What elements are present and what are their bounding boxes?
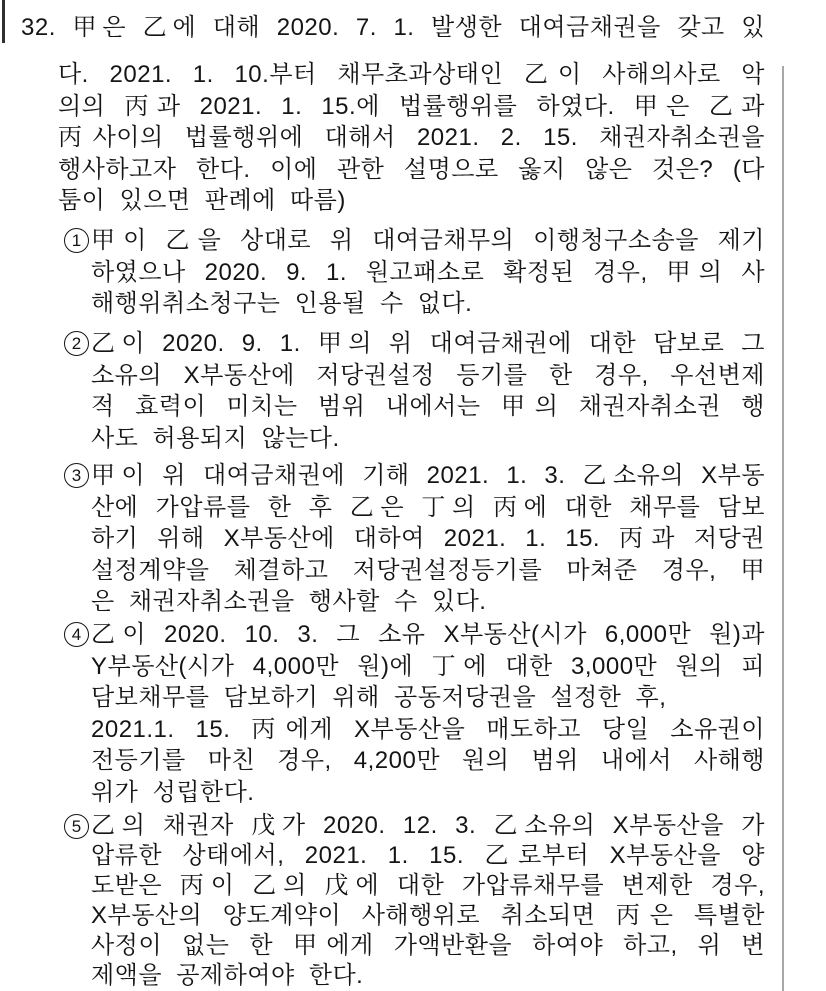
option-text: 乙이 2020. 10. 3. 그 소유 X부동산(시가 6,000만 원)과Y… [91,619,765,808]
option-line: 하기 위해 X부동산에 대하여 2021. 1. 15. 丙과 저당권 [91,523,765,555]
option-line: 甲이 위 대여금채권에 기해 2021. 1. 3. 乙소유의 X부동 [91,460,765,492]
circled-number-marker: 1 [64,228,89,253]
option-line: 사정이 없는 한 甲에게 가액반환을 하여야 하고, 위 변 [91,931,765,961]
option-line: 설정계약을 체결하고 저당권설정등기를 마쳐준 경우, 甲 [91,555,765,587]
option-4: 4乙이 2020. 10. 3. 그 소유 X부동산(시가 6,000만 원)과… [64,619,765,808]
circled-number-marker: 3 [64,463,89,488]
option-line: 은 채권자취소권을 행사할 수 있다. [91,586,765,618]
option-5: 5乙의 채권자 戊가 2020. 12. 3. 乙소유의 X부동산을 가압류한 … [64,811,765,991]
question-number: 32. [21,14,56,41]
option-line: 乙의 채권자 戊가 2020. 12. 3. 乙소유의 X부동산을 가 [91,811,765,841]
stem-line: 丙사이의 법률행위에 대해서 2021. 2. 15. 채권자취소권을 [58,122,765,154]
stem-line: 다. 2021. 1. 10.부터 채무초과상태인 乙이 사해의사로 악 [58,59,765,91]
option-line: 소유의 X부동산에 저당권설정 등기를 한 경우, 우선변제 [91,360,765,392]
option-1: 1甲이 乙을 상대로 위 대여금채무의 이행청구소송을 제기하였으나 2020.… [64,225,765,320]
option-line: 사도 허용되지 않는다. [91,423,765,455]
option-line: 甲이 乙을 상대로 위 대여금채무의 이행청구소송을 제기 [91,225,765,257]
circled-number-marker: 2 [64,331,89,356]
circled-number-marker: 4 [64,622,89,647]
option-line: X부동산의 양도계약이 사해행위로 취소되면 丙은 특별한 [91,901,765,931]
option-line: 담보채무를 담보하기 위해 공동저당권을 설정한 후, [91,682,765,714]
option-line: 도받은 丙이 乙의 戊에 대한 가압류채무를 변제한 경우, [91,871,765,901]
option-text: 甲이 乙을 상대로 위 대여금채무의 이행청구소송을 제기하였으나 2020. … [91,225,765,320]
question-header-line: 32. 甲은 乙에 대해 2020. 7. 1. 발생한 대여금채권을 갖고 있 [21,12,765,44]
option-line: 전등기를 마친 경우, 4,200만 원의 범위 내에서 사해행 [91,745,765,777]
question-first-line: 甲은 乙에 대해 2020. 7. 1. 발생한 대여금채권을 갖고 있 [72,14,765,41]
option-line: 적 효력이 미치는 범위 내에서는 甲의 채권자취소권 행 [91,391,765,423]
option-2: 2乙이 2020. 9. 1. 甲의 위 대여금채권에 대한 담보로 그소유의 … [64,328,765,454]
option-text: 乙이 2020. 9. 1. 甲의 위 대여금채권에 대한 담보로 그소유의 X… [91,328,765,454]
option-line: 乙이 2020. 10. 3. 그 소유 X부동산(시가 6,000만 원)과 [91,619,765,651]
stem-line: 행사하고자 한다. 이에 관한 설명으로 옳지 않은 것은? (다 [58,154,765,186]
right-column-rule [782,66,784,991]
question-stem: 다. 2021. 1. 10.부터 채무초과상태인 乙이 사해의사로 악의의 丙… [58,59,765,217]
option-line: 하였으나 2020. 9. 1. 원고패소로 확정된 경우, 甲의 사 [91,257,765,289]
option-line: 산에 가압류를 한 후 乙은 丁의 丙에 대한 채무를 담보 [91,492,765,524]
option-3: 3甲이 위 대여금채권에 기해 2021. 1. 3. 乙소유의 X부동산에 가… [64,460,765,618]
stem-line: 의의 丙과 2021. 1. 15.에 법률행위를 하였다. 甲은 乙과 [58,91,765,123]
option-line: 압류한 상태에서, 2021. 1. 15. 乙로부터 X부동산을 양 [91,841,765,871]
option-line: 위가 성립한다. [91,777,765,809]
option-line: 2021.1. 15. 丙에게 X부동산을 매도하고 당일 소유권이 [91,714,765,746]
option-text: 甲이 위 대여금채권에 기해 2021. 1. 3. 乙소유의 X부동산에 가압… [91,460,765,618]
option-line: 乙이 2020. 9. 1. 甲의 위 대여금채권에 대한 담보로 그 [91,328,765,360]
option-line: 제액을 공제하여야 한다. [91,961,765,991]
option-line: Y부동산(시가 4,000만 원)에 丁에 대한 3,000만 원의 피 [91,651,765,683]
option-line: 해행위취소청구는 인용될 수 없다. [91,288,765,320]
left-margin-tick [2,0,5,43]
stem-line: 툼이 있으면 판례에 따름) [58,185,765,217]
option-text: 乙의 채권자 戊가 2020. 12. 3. 乙소유의 X부동산을 가압류한 상… [91,811,765,991]
exam-question-page: 32. 甲은 乙에 대해 2020. 7. 1. 발생한 대여금채권을 갖고 있… [0,0,826,991]
circled-number-marker: 5 [64,814,89,839]
